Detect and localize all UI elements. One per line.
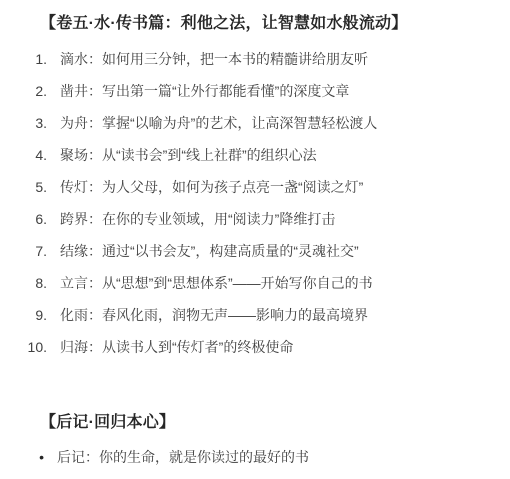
item-text: 后记：你的生命，就是你读过的最好的书 [57, 450, 309, 465]
item-number: 7. [21, 244, 47, 259]
list-item: 3. 为舟：掌握“以喻为舟”的艺术，让高深智慧轻松渡人 [21, 116, 510, 131]
chapter-list: 1. 滴水：如何用三分钟，把一本书的精髓讲给朋友听 2. 凿井：写出第一篇“让外… [0, 52, 510, 355]
section-heading-afterword: 【后记·回归本心】 [40, 412, 490, 433]
item-number: 6. [21, 212, 47, 227]
item-number: 2. [21, 84, 47, 99]
item-text: 传灯：为人父母，如何为孩子点亮一盏“阅读之灯” [60, 180, 363, 195]
list-item: 1. 滴水：如何用三分钟，把一本书的精髓讲给朋友听 [21, 52, 510, 67]
item-text: 凿井：写出第一篇“让外行都能看懂”的深度文章 [60, 84, 349, 99]
item-text: 滴水：如何用三分钟，把一本书的精髓讲给朋友听 [60, 52, 368, 67]
item-text: 归海：从读书人到“传灯者”的终极使命 [60, 340, 293, 355]
item-text: 立言：从“思想”到“思想体系”——开始写你自己的书 [60, 276, 373, 291]
item-number: 10. [21, 340, 47, 355]
bullet-icon: • [21, 450, 44, 464]
item-number: 5. [21, 180, 47, 195]
item-number: 1. [21, 52, 47, 67]
list-item: 9. 化雨：春风化雨，润物无声——影响力的最高境界 [21, 308, 510, 323]
item-text: 为舟：掌握“以喻为舟”的艺术，让高深智慧轻松渡人 [60, 116, 377, 131]
item-number: 9. [21, 308, 47, 323]
document-page: 【卷五·水·传书篇：利他之法，让智慧如水般流动】 1. 滴水：如何用三分钟，把一… [0, 0, 510, 479]
item-text: 聚场：从“读书会”到“线上社群”的组织心法 [60, 148, 317, 163]
list-item: 6. 跨界：在你的专业领域，用“阅读力”降维打击 [21, 212, 510, 227]
item-text: 化雨：春风化雨，润物无声——影响力的最高境界 [60, 308, 368, 323]
list-item: 5. 传灯：为人父母，如何为孩子点亮一盏“阅读之灯” [21, 180, 510, 195]
list-item: 8. 立言：从“思想”到“思想体系”——开始写你自己的书 [21, 276, 510, 291]
item-text: 结缘：通过“以书会友”，构建高质量的“灵魂社交” [60, 244, 359, 259]
item-text: 跨界：在你的专业领域，用“阅读力”降维打击 [60, 212, 335, 227]
list-item: 10. 归海：从读书人到“传灯者”的终极使命 [21, 340, 510, 355]
list-item: 2. 凿井：写出第一篇“让外行都能看懂”的深度文章 [21, 84, 510, 99]
list-item: 4. 聚场：从“读书会”到“线上社群”的组织心法 [21, 148, 510, 163]
list-item: • 后记：你的生命，就是你读过的最好的书 [21, 450, 510, 465]
item-number: 8. [21, 276, 47, 291]
section-heading-volume5: 【卷五·水·传书篇：利他之法，让智慧如水般流动】 [40, 0, 490, 34]
list-item: 7. 结缘：通过“以书会友”，构建高质量的“灵魂社交” [21, 244, 510, 259]
item-number: 4. [21, 148, 47, 163]
item-number: 3. [21, 116, 47, 131]
afterword-list: • 后记：你的生命，就是你读过的最好的书 [0, 450, 510, 465]
